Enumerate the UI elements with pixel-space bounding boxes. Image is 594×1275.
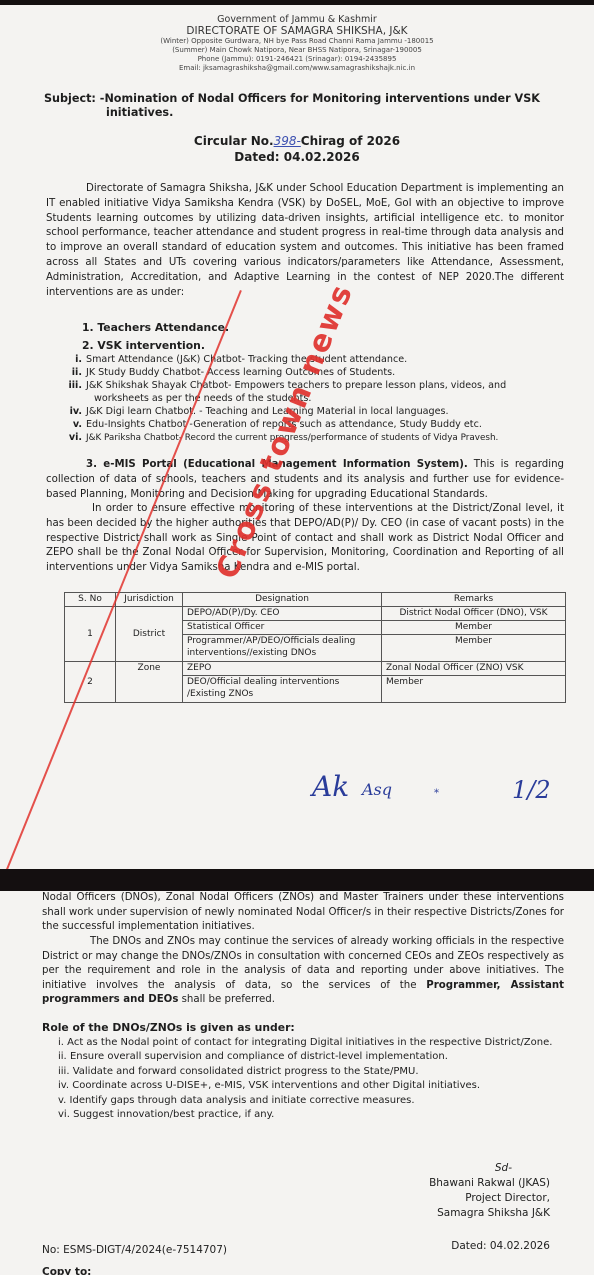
role-item: v. Identify gaps through data analysis a… (42, 1094, 564, 1109)
intro-text: Directorate of Samagra Shiksha, J&K unde… (46, 183, 564, 298)
signature-sd: Sd- (429, 1161, 550, 1176)
item-text: JK Study Buddy Chatbot- Access learning … (86, 367, 395, 378)
roles-heading: Role of the DNOs/ZNOs is given as under: (42, 1021, 564, 1036)
supervision-paragraph: Nodal Officers (DNOs), Zonal Nodal Offic… (42, 891, 564, 935)
emis-paragraph: 3. e-MIS Portal (Educational Management … (46, 458, 564, 502)
role-num: iv. (58, 1080, 69, 1091)
item-num: iv. (46, 405, 86, 418)
cell-jurisdiction: District (116, 607, 183, 662)
cell-designation: Programmer/AP/DEO/Officials dealing inte… (183, 635, 382, 662)
letterhead: Government of Jammu & Kashmir DIRECTORAT… (0, 14, 594, 73)
services-paragraph: The DNOs and ZNOs may continue the servi… (42, 935, 564, 1008)
role-item: iv. Coordinate across U-DISE+, e-MIS, VS… (42, 1079, 564, 1094)
winter-address: (Winter) Opposite Gurdwara, NH bye Pass … (0, 37, 594, 46)
circular-number: Circular No.398-Chirag of 2026 (0, 134, 594, 149)
signatory-org: Samagra Shiksha J&K (429, 1206, 550, 1221)
role-text: Suggest innovation/best practice, if any… (73, 1109, 274, 1120)
header-jurisdiction: Jurisdiction (116, 593, 183, 607)
circular-handwritten-number: 398- (274, 134, 301, 148)
reference-date: Dated: 04.02.2026 (451, 1240, 550, 1252)
handwritten-mark: * (434, 788, 439, 799)
intervention-2: 2. VSK intervention. (82, 339, 205, 353)
role-item: iii. Validate and forward consolidated d… (42, 1065, 564, 1080)
cell-jurisdiction: Zone (116, 662, 183, 703)
role-text: Ensure overall supervision and complianc… (70, 1051, 448, 1062)
services-end: shall be preferred. (178, 994, 275, 1005)
item-num: v. (46, 418, 86, 431)
role-text: Act as the Nodal point of contact for in… (67, 1037, 552, 1048)
item-num: vi. (46, 431, 86, 444)
phone-numbers: Phone (Jammu): 0191-246421 (Srinagar): 0… (0, 55, 594, 64)
role-num: vi. (58, 1109, 70, 1120)
role-text: Identify gaps through data analysis and … (70, 1095, 415, 1106)
circular-date: Dated: 04.02.2026 (0, 150, 594, 165)
order-text: In order to ensure effective monitoring … (46, 503, 564, 573)
handwritten-initial-2: Asq (362, 780, 392, 799)
cell-designation: DEO/Official dealing interventions /Exis… (183, 676, 382, 703)
signatory-title: Project Director, (429, 1191, 550, 1206)
circular-suffix: Chirag of 2026 (301, 134, 400, 148)
role-num: iii. (58, 1066, 70, 1077)
table-row: 2 Zone ZEPO Zonal Nodal Officer (ZNO) VS… (65, 662, 566, 676)
role-item: i. Act as the Nodal point of contact for… (42, 1036, 564, 1051)
subject-text: Subject: -Nomination of Nodal Officers f… (44, 92, 540, 105)
circular-prefix: Circular No. (194, 134, 274, 148)
cell-remarks: Member (382, 676, 566, 703)
subject-line: Subject: -Nomination of Nodal Officers f… (44, 92, 564, 120)
handwritten-initial-1: Ak (312, 770, 349, 803)
role-num: v. (58, 1095, 66, 1106)
signatory-name: Bhawani Rakwal (JKAS) (429, 1176, 550, 1191)
table-header-row: S. No Jurisdiction Designation Remarks (65, 593, 566, 607)
nominations-table: S. No Jurisdiction Designation Remarks 1… (64, 592, 566, 703)
roles-section: Role of the DNOs/ZNOs is given as under:… (42, 1021, 564, 1123)
signature-block: Sd- Bhawani Rakwal (JKAS) Project Direct… (429, 1161, 550, 1221)
cell-remarks: Member (382, 621, 566, 635)
govt-name: Government of Jammu & Kashmir (0, 14, 594, 25)
cell-designation: DEPO/AD(P)/Dy. CEO (183, 607, 382, 621)
role-item: ii. Ensure overall supervision and compl… (42, 1050, 564, 1065)
reference-number: No: ESMS-DIGT/4/2024(e-7514707) (42, 1244, 227, 1256)
intervention-1: 1. Teachers Attendance. (82, 321, 229, 335)
role-text: Validate and forward consolidated distri… (73, 1066, 419, 1077)
cell-remarks: Member (382, 635, 566, 662)
cell-designation: ZEPO (183, 662, 382, 676)
order-paragraph: In order to ensure effective monitoring … (46, 502, 564, 576)
item-num: ii. (46, 366, 86, 379)
directorate-name: DIRECTORATE OF SAMAGRA SHIKSHA, J&K (0, 25, 594, 37)
item-num: i. (46, 353, 86, 366)
summer-address: (Summer) Main Chowk Natipora, Near BHSS … (0, 46, 594, 55)
item-num: iii. (46, 379, 86, 392)
role-item: vi. Suggest innovation/best practice, if… (42, 1108, 564, 1123)
role-text: Coordinate across U-DISE+, e-MIS, VSK in… (72, 1080, 480, 1091)
intro-paragraph: Directorate of Samagra Shiksha, J&K unde… (46, 182, 564, 300)
cell-sno: 2 (65, 662, 116, 703)
cell-designation: Statistical Officer (183, 621, 382, 635)
item-text: J&K Digi learn Chatbot. - Teaching and L… (86, 406, 449, 417)
copy-to-heading: Copy to: (42, 1266, 91, 1275)
item-text: Smart Attendance (J&K) Chatbot- Tracking… (86, 354, 407, 365)
email-website: Email: jksamagrashiksha@gmail.com/www.sa… (0, 64, 594, 73)
header-designation: Designation (183, 593, 382, 607)
header-remarks: Remarks (382, 593, 566, 607)
header-sno: S. No (65, 593, 116, 607)
cell-remarks: District Nodal Officer (DNO), VSK (382, 607, 566, 621)
page-separator-band (0, 869, 594, 891)
role-num: i. (58, 1037, 64, 1048)
role-num: ii. (58, 1051, 67, 1062)
vsk-item: vi.J&K Pariksha Chatbot- Record the curr… (46, 431, 564, 445)
page-marker: 1/2 (512, 776, 551, 804)
cell-remarks: Zonal Nodal Officer (ZNO) VSK (382, 662, 566, 676)
subject-text-cont: initiatives. (44, 106, 564, 120)
table-row: 1 District DEPO/AD(P)/Dy. CEO District N… (65, 607, 566, 621)
